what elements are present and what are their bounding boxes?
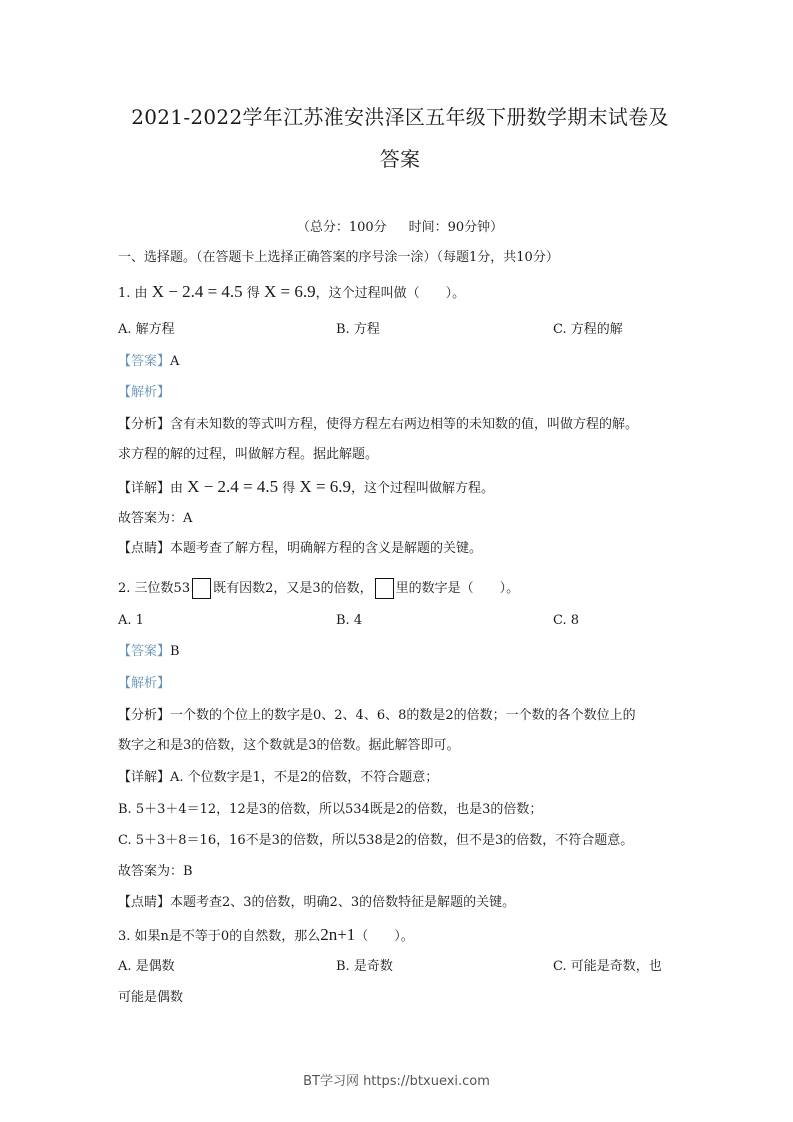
question-2-comment: 【点睛】本题考查2、3的倍数，明确2、3的倍数特征是解题的关键。 [118,894,515,912]
question-1-conclusion: 故答案为：A [118,510,192,528]
question-2-detail: 【详解】A. 个位数字是1，不是2的倍数，不符合题意； [118,769,438,787]
section-heading: 一、选择题。（在答题卡上选择正确答案的序号涂一涂）（每题1分，共10分） [118,249,559,267]
exam-time: 时间：90分钟） [409,220,504,235]
question-1-comment: 【点睛】本题考查了解方程，明确解方程的含义是解题的关键。 [118,540,482,558]
question-3-stem: 3. 如果n是不等于0的自然数，那么2n+1（ ）。 [118,926,414,946]
document-title: 2021-2022学年江苏淮安洪泽区五年级下册数学期末试卷及 [100,104,700,130]
watermark-footer: BT学习网 https://btxuexi.com [0,1070,793,1089]
question-1-option-b: B. 方程 [336,321,380,339]
question-1-option-a: A. 解方程 [118,321,175,339]
analysis-label: 【分析】 [118,417,170,432]
question-2-detail-b: B. 5＋3＋4＝12，12是3的倍数，所以534既是2的倍数，也是3的倍数； [118,801,542,819]
question-3-option-c: C. 可能是奇数，也 [553,958,662,976]
question-1-analysis-continued: 求方程的解的过程，叫做解方程。据此解题。 [118,446,378,464]
total-score: （总分：100分 [297,220,387,235]
answer-label: 【答案】 [118,644,170,659]
question-1-analysis: 【分析】含有未知数的等式叫方程，使得方程左右两边相等的未知数的值，叫做方程的解。 [118,416,638,434]
question-1-stem: 1. 由 X − 2.4 = 4.5 得 X = 6.9，这个过程叫做（ ）。 [118,283,465,303]
question-2-detail-c: C. 5＋3＋8＝16，16不是3的倍数，所以538是2的倍数，但不是3的倍数，… [118,832,633,850]
blank-box [375,578,394,599]
analysis-label: 【分析】 [118,708,170,723]
question-3-option-c-continued: 可能是偶数 [118,989,183,1007]
question-2-option-b: B. 4 [336,612,362,630]
question-2-option-a: A. 1 [118,612,144,630]
equation: X = 6.9 [264,282,316,301]
analysis-header: 【解析】 [118,675,170,693]
detail-label: 【详解】 [118,770,170,785]
question-2-analysis: 【分析】一个数的个位上的数字是0、2、4、6、8的数是2的倍数；一个数的各个数位… [118,707,636,725]
document-title-continued: 答案 [100,146,700,172]
blank-box [192,578,211,599]
question-3-option-b: B. 是奇数 [336,958,393,976]
question-1-answer: 【答案】A [118,353,179,371]
detail-label: 【详解】 [118,481,170,496]
exam-page: 2021-2022学年江苏淮安洪泽区五年级下册数学期末试卷及 答案 （总分：10… [0,0,793,1122]
equation: X − 2.4 = 4.5 [152,282,243,301]
question-1-detail: 【详解】由 X − 2.4 = 4.5 得 X = 6.9，这个过程叫做解方程。 [118,478,494,498]
question-1-option-c: C. 方程的解 [553,321,623,339]
question-3-option-a: A. 是偶数 [118,958,175,976]
question-2-conclusion: 故答案为：B [118,863,193,881]
comment-label: 【点睛】 [118,895,170,910]
comment-label: 【点睛】 [118,541,170,556]
question-2-answer: 【答案】B [118,643,180,661]
question-2-stem: 2. 三位数53既有因数2，又是3的倍数，里的数字是（ ）。 [118,578,519,599]
question-2-analysis-continued: 数字之和是3的倍数，这个数就是3的倍数。据此解答即可。 [118,737,460,755]
exam-meta: （总分：100分时间：90分钟） [100,216,700,235]
answer-label: 【答案】 [118,354,170,369]
question-2-option-c: C. 8 [553,612,579,630]
expression: 2n+1 [320,925,355,944]
analysis-header: 【解析】 [118,384,170,402]
